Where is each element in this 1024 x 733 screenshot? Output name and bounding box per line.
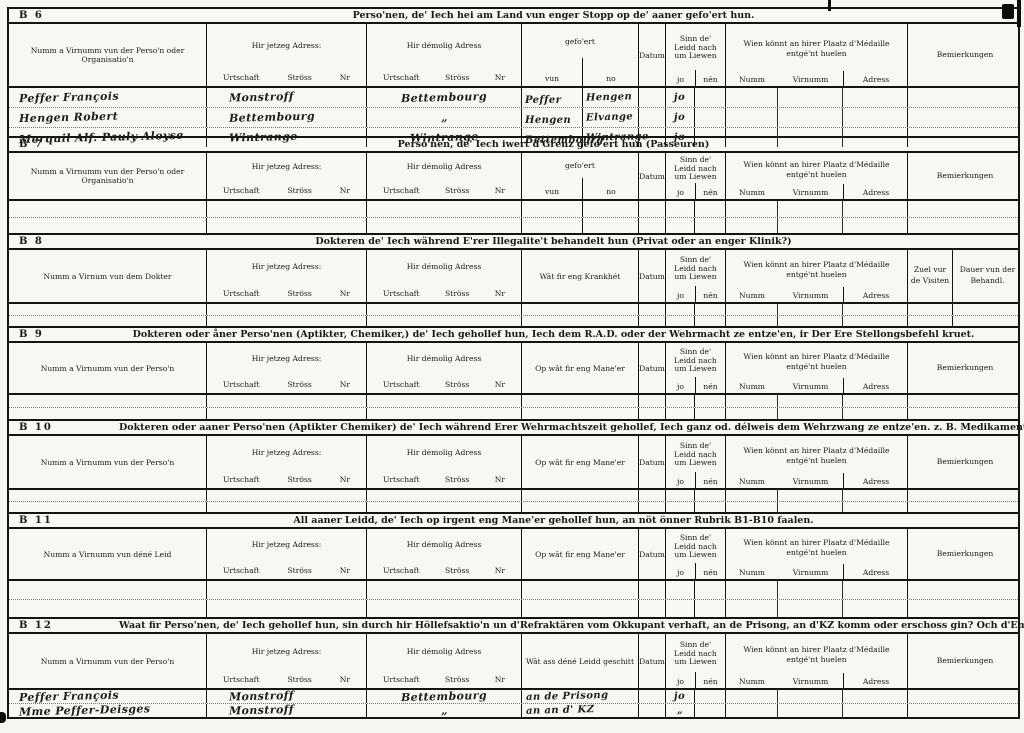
address-subheaders: Urtschaft Ströss Nr — [207, 466, 366, 488]
medal-surname-cell — [725, 316, 777, 327]
table-row — [9, 490, 1018, 502]
medal-label: Wien könnt an hirer Plaatz d'Médaille en… — [726, 153, 907, 184]
section-title: Dokteren oder åner Perso'nen (Aptikter, … — [119, 329, 1018, 340]
transport-cell: HengenElvange — [521, 108, 638, 127]
yes-cell: jo — [665, 108, 694, 127]
name-column-header: Numm a Virnumm vun der Perso'n oder Orga… — [9, 24, 206, 86]
transport-cell: PefferHengen — [521, 88, 638, 107]
number-label: Nr — [495, 475, 505, 484]
current-address-label: Hir jetzeg Adress: — [207, 153, 366, 177]
handwritten-entry: Bettembourg — [401, 91, 487, 104]
alive-label: Sinn de' Leidd nach um Liewen — [666, 436, 725, 472]
address-subheaders: Urtschaft Ströss Nr — [207, 64, 366, 86]
table-row — [9, 316, 1018, 327]
date-column-header: Datum — [638, 24, 665, 86]
street-label: Ströss — [445, 289, 469, 298]
to-cell — [582, 201, 639, 217]
handwritten-entry: „ — [440, 112, 447, 123]
medal-firstname-cell — [777, 316, 842, 327]
section-id: B 9 — [19, 329, 119, 340]
number-label: Nr — [495, 73, 505, 82]
address-subheaders: Urtschaft Ströss Nr — [207, 177, 366, 199]
remarks-label: Bemierkungen — [908, 153, 1022, 199]
section-id: B 10 — [19, 422, 119, 433]
current-address-cell: Bettembourg — [206, 108, 366, 127]
yes-cell: jo — [665, 88, 694, 107]
former-address-label: Hir démolig Adress — [367, 153, 521, 177]
col4-subheader: vun no — [522, 58, 638, 86]
name-cell: Peffer François — [9, 690, 206, 703]
medal-surname-cell — [725, 490, 777, 501]
medal-surname-cell — [725, 108, 777, 127]
medal-firstname-cell — [777, 218, 842, 234]
medal-label-line1: Wien könnt an hirer Plaatz d'Médaille — [743, 352, 889, 361]
surname-label: Numm — [726, 564, 778, 579]
alive-column-header: Sinn de' Leidd nach um Liewen jo nén — [665, 529, 725, 579]
number-label: Nr — [340, 566, 350, 575]
date-label: Datum — [639, 272, 665, 281]
medal-address-cell — [842, 108, 907, 127]
handwritten-entry: Hengen — [583, 92, 632, 103]
surname-label: Numm — [726, 287, 778, 302]
medal-label: Wien könnt an hirer Plaatz d'Médaille en… — [726, 436, 907, 473]
address-subheaders: Urtschaft Ströss Nr — [367, 371, 521, 393]
address-subheaders: Urtschaft Ströss Nr — [207, 280, 366, 302]
section-header-bar: B 9 Dokteren oder åner Perso'nen (Aptikt… — [9, 328, 1018, 343]
table-row: Peffer FrançoisMonstroffBettembourgPeffe… — [9, 88, 1018, 108]
current-address-label: Hir jetzeg Adress: — [207, 634, 366, 666]
no-label: nén — [695, 377, 725, 393]
number-label: Nr — [340, 475, 350, 484]
scan-artifact-blob — [1002, 4, 1014, 19]
medal-surname-cell — [725, 88, 777, 107]
transport-cell — [521, 201, 638, 217]
col4-column-header: Wât fir eng Krankhét — [521, 250, 638, 302]
locality-label: Urtschaft — [383, 475, 420, 484]
no-cell — [694, 88, 725, 107]
date-cell — [638, 690, 665, 703]
remarks-cell — [907, 218, 1022, 234]
medal-address-cell — [842, 316, 907, 327]
yes-label: jo — [666, 70, 695, 86]
scan-artifact-tick — [828, 0, 831, 11]
medal-column-header: Wien könnt an hirer Plaatz d'Médaille en… — [725, 529, 907, 579]
former-address-column-header: Hir démolig Adress Urtschaft Ströss Nr — [366, 529, 521, 579]
no-label: nén — [695, 183, 725, 199]
medal-subheaders: Numm Virnumm Adress — [726, 564, 907, 579]
medal-label-line2: entgé'nt huelen — [786, 655, 846, 664]
yes-no-subheader: jo nén — [666, 472, 725, 488]
current-address-column-header: Hir jetzeg Adress: Urtschaft Ströss Nr — [206, 250, 366, 302]
handwritten-entry: Wintrange — [207, 131, 298, 144]
remarks-cell — [907, 108, 1022, 127]
yes-label: jo — [666, 286, 695, 302]
medal-subheaders: Numm Virnumm Adress — [726, 473, 907, 488]
street-label: Ströss — [287, 475, 311, 484]
bemierkungen-header: Bemierkungen — [907, 153, 1022, 199]
current-address-column-header: Hir jetzeg Adress: Urtschaft Ströss Nr — [206, 634, 366, 688]
locality-label: Urtschaft — [383, 73, 420, 82]
address-label: Adress — [843, 184, 908, 199]
remarks-cell — [907, 502, 1022, 513]
current-address-cell — [206, 201, 366, 217]
alive-label: Sinn de' Leidd nach um Liewen — [666, 153, 725, 183]
rows — [9, 395, 1018, 419]
handwritten-entry: Wintrange — [410, 131, 479, 144]
name-cell: Peffer François — [9, 88, 206, 107]
street-label: Ströss — [445, 675, 469, 684]
handwritten-entry: „ — [677, 705, 683, 715]
medal-address-cell — [842, 600, 907, 618]
no-cell — [694, 704, 725, 717]
date-column-header: Datum — [638, 153, 665, 199]
locality-label: Urtschaft — [383, 566, 420, 575]
street-label: Ströss — [287, 186, 311, 195]
locality-label: Urtschaft — [383, 186, 420, 195]
address-subheaders: Urtschaft Ströss Nr — [207, 557, 366, 579]
table-row — [9, 304, 1018, 316]
col4-subheader: vun no — [522, 178, 638, 199]
remarks-cell — [907, 490, 1022, 501]
alive-column-header: Sinn de' Leidd nach um Liewen jo nén — [665, 153, 725, 199]
medal-surname-cell — [725, 502, 777, 513]
firstname-label: Virnumm — [778, 184, 843, 199]
medal-subheaders: Numm Virnumm Adress — [726, 378, 907, 393]
medal-subheaders: Numm Virnumm Adress — [726, 184, 907, 199]
current-address-label: Hir jetzeg Adress: — [207, 436, 366, 466]
name-column-header: Numm a Virnum vun dem Dokter — [9, 250, 206, 302]
date-label: Datum — [639, 172, 665, 181]
name-column-label: Numm a Virnumm vun der Perso'n — [41, 458, 175, 467]
alive-column-header: Sinn de' Leidd nach um Liewen jo nén — [665, 24, 725, 86]
former-address-label: Hir démolig Adress — [367, 634, 521, 666]
col4-sub-vun: vun — [522, 58, 582, 86]
medal-firstname-cell — [777, 304, 842, 315]
handwritten-entry: Elvange — [583, 112, 633, 123]
col4-column-header: Op wât fir eng Mane'er — [521, 529, 638, 579]
current-address-cell — [206, 408, 366, 420]
table-row: Hengen RobertBettembourg„HengenElvangejo — [9, 108, 1018, 128]
medal-address-cell — [842, 581, 907, 599]
medal-surname-cell — [725, 581, 777, 599]
number-label: Nr — [340, 380, 350, 389]
form-section: B 12 Waat fir Perso'nen, de' Iech geholl… — [7, 617, 1020, 719]
former-address-cell — [366, 408, 521, 420]
date-label: Datum — [639, 657, 665, 666]
medal-label: Wien könnt an hirer Plaatz d'Médaille en… — [726, 24, 907, 71]
firstname-label: Virnumm — [778, 673, 843, 688]
handwritten-entry: Wintrange — [583, 132, 649, 144]
date-cell — [638, 490, 665, 501]
name-cell — [9, 201, 206, 217]
name-cell — [9, 581, 206, 599]
col4-label: Op wât fir eng Mane'er — [522, 529, 638, 579]
col4-column-header: Wât ass déné Leidd geschitt — [521, 634, 638, 688]
column-header-band: Numm a Virnumm vun der Perso'n Hir jetze… — [9, 343, 1018, 395]
current-address-column-header: Hir jetzeg Adress: Urtschaft Ströss Nr — [206, 343, 366, 393]
date-label: Datum — [639, 550, 665, 559]
table-row — [9, 408, 1018, 420]
current-address-cell — [206, 581, 366, 599]
yes-cell — [665, 316, 694, 327]
yes-cell — [665, 218, 694, 234]
handwritten-entry: Bettembourg — [207, 111, 315, 125]
yes-cell — [665, 201, 694, 217]
alive-column-header: Sinn de' Leidd nach um Liewen jo nén — [665, 343, 725, 393]
manner-cell — [521, 316, 638, 327]
no-cell — [694, 108, 725, 127]
former-address-cell: „ — [366, 108, 521, 127]
remarks-label: Bemierkungen — [908, 634, 1022, 688]
remarks-cell — [907, 395, 1022, 407]
medal-firstname-cell — [777, 690, 842, 703]
alive-column-header: Sinn de' Leidd nach um Liewen jo nén — [665, 250, 725, 302]
locality-label: Urtschaft — [383, 289, 420, 298]
name-cell — [9, 395, 206, 407]
former-address-cell: „ — [366, 704, 521, 717]
address-subheaders: Urtschaft Ströss Nr — [367, 557, 521, 579]
locality-label: Urtschaft — [383, 380, 420, 389]
remarks-cell — [907, 690, 1022, 703]
medal-label-line2: entgé'nt huelen — [786, 49, 846, 58]
medal-label-line1: Wien könnt an hirer Plaatz d'Médaille — [743, 645, 889, 654]
alive-label-line3: um Liewen — [674, 173, 716, 182]
handwritten-entry: Peffer François — [9, 690, 119, 704]
medal-label: Wien könnt an hirer Plaatz d'Médaille en… — [726, 529, 907, 564]
column-header-band: Numm a Virnumm vun der Perso'n Hir jetze… — [9, 436, 1018, 490]
surname-label: Numm — [726, 673, 778, 688]
date-cell — [638, 581, 665, 599]
street-label: Ströss — [287, 675, 311, 684]
locality-label: Urtschaft — [223, 475, 260, 484]
yes-cell: „ — [665, 704, 694, 717]
medal-label-line1: Wien könnt an hirer Plaatz d'Médaille — [743, 39, 889, 48]
alive-label-line3: um Liewen — [674, 52, 716, 61]
visits-count-cell — [907, 316, 952, 327]
name-cell: Mme Peffer-Deisges — [9, 704, 206, 717]
firstname-label: Virnumm — [778, 71, 843, 86]
name-cell — [9, 490, 206, 501]
name-column-header: Numm a Virnumm vun der Perso'n — [9, 634, 206, 688]
current-address-cell: Monstroff — [206, 704, 366, 717]
locality-label: Urtschaft — [223, 289, 260, 298]
handwritten-entry: Monstroff — [207, 91, 294, 104]
number-label: Nr — [495, 675, 505, 684]
name-cell — [9, 600, 206, 618]
from-cell: Hengen — [522, 108, 582, 127]
section-header-bar: B 12 Waat fir Perso'nen, de' Iech geholl… — [9, 619, 1018, 634]
manner-cell: an de Prisong — [521, 690, 638, 703]
address-subheaders: Urtschaft Ströss Nr — [207, 666, 366, 688]
rows — [9, 201, 1018, 233]
number-label: Nr — [340, 73, 350, 82]
handwritten-entry: an an d' KZ — [522, 705, 595, 717]
col4-sub-no: no — [582, 178, 639, 199]
alive-label: Sinn de' Leidd nach um Liewen — [666, 24, 725, 70]
surname-label: Numm — [726, 184, 778, 199]
date-label: Datum — [639, 51, 665, 60]
alive-label-line3: um Liewen — [674, 658, 716, 667]
medal-firstname-cell — [777, 490, 842, 501]
yes-no-subheader: jo nén — [666, 672, 725, 688]
bemierkungen-header: Bemierkungen — [907, 634, 1022, 688]
handwritten-entry: Hengen Robert — [9, 111, 118, 125]
rows — [9, 581, 1018, 617]
name-column-header: Numm a Virnumm vun der Perso'n — [9, 343, 206, 393]
yes-no-subheader: jo nén — [666, 377, 725, 393]
no-label: nén — [695, 70, 725, 86]
former-address-column-header: Hir démolig Adress Urtschaft Ströss Nr — [366, 436, 521, 488]
yes-cell — [665, 395, 694, 407]
medal-address-cell — [842, 704, 907, 717]
yes-cell — [665, 581, 694, 599]
street-label: Ströss — [287, 289, 311, 298]
medal-column-header: Wien könnt an hirer Plaatz d'Médaille en… — [725, 343, 907, 393]
table-row — [9, 395, 1018, 408]
former-address-label: Hir démolig Adress — [367, 436, 521, 466]
current-address-cell — [206, 218, 366, 234]
col4-sub-vun: vun — [522, 178, 582, 199]
firstname-label: Virnumm — [778, 473, 843, 488]
yes-no-subheader: jo nén — [666, 70, 725, 86]
current-address-cell: Monstroff — [206, 88, 366, 107]
medal-label-line2: entgé'nt huelen — [786, 456, 846, 465]
manner-cell — [521, 502, 638, 513]
medal-subheaders: Numm Virnumm Adress — [726, 287, 907, 302]
visits-count-cell — [907, 304, 952, 315]
surname-label: Numm — [726, 378, 778, 393]
section-title: Perso'nen, de' Iech hei am Land vun enge… — [119, 10, 1018, 21]
medal-label-line1: Wien könnt an hirer Plaatz d'Médaille — [743, 446, 889, 455]
remarks-cell — [907, 600, 1022, 618]
yes-label: jo — [666, 377, 695, 393]
no-label: nén — [695, 672, 725, 688]
medal-address-cell — [842, 88, 907, 107]
alive-label-line3: um Liewen — [674, 459, 716, 468]
col4-column-header: Op wât fir eng Mane'er — [521, 436, 638, 488]
address-label: Adress — [843, 71, 908, 86]
scan-artifact-edge-mark — [1017, 0, 1021, 27]
name-cell — [9, 304, 206, 315]
address-subheaders: Urtschaft Ströss Nr — [367, 466, 521, 488]
name-cell: Hengen Robert — [9, 108, 206, 127]
no-cell — [694, 690, 725, 703]
form-section: B 6 Perso'nen, de' Iech hei am Land vun … — [7, 7, 1020, 138]
handwritten-entry: Mme Peffer-Deisges — [9, 703, 151, 718]
to-cell: Elvange — [582, 108, 639, 127]
name-cell — [9, 316, 206, 327]
locality-label: Urtschaft — [223, 566, 260, 575]
former-address-cell — [366, 395, 521, 407]
remarks-cell — [907, 201, 1022, 217]
yes-label: jo — [666, 183, 695, 199]
handwritten-entry: Monstroff — [207, 690, 294, 703]
remarks-cell — [907, 581, 1022, 599]
surname-label: Numm — [726, 71, 778, 86]
address-subheaders: Urtschaft Ströss Nr — [367, 177, 521, 199]
medal-firstname-cell — [777, 201, 842, 217]
medal-surname-cell — [725, 201, 777, 217]
date-label: Datum — [639, 364, 665, 373]
table-row — [9, 201, 1018, 218]
street-label: Ströss — [445, 73, 469, 82]
locality-label: Urtschaft — [383, 675, 420, 684]
name-column-header: Numm a Virnumm vun der Perso'n — [9, 436, 206, 488]
number-label: Nr — [495, 186, 505, 195]
handwritten-entry: jo — [674, 112, 685, 122]
table-row — [9, 600, 1018, 618]
no-cell — [694, 218, 725, 234]
medal-firstname-cell — [777, 502, 842, 513]
medal-label-line1: Wien könnt an hirer Plaatz d'Médaille — [743, 260, 889, 269]
manner-cell — [521, 304, 638, 315]
col4-column-header: gefo'ert vun no — [521, 153, 638, 199]
medal-column-header: Wien könnt an hirer Plaatz d'Médaille en… — [725, 634, 907, 688]
to-cell — [582, 218, 639, 234]
locality-label: Urtschaft — [223, 186, 260, 195]
date-cell — [638, 395, 665, 407]
number-label: Nr — [495, 566, 505, 575]
street-label: Ströss — [287, 566, 311, 575]
name-cell — [9, 408, 206, 420]
former-address-label: Hir démolig Adress — [367, 24, 521, 64]
former-address-label: Hir démolig Adress — [367, 343, 521, 371]
medal-surname-cell — [725, 395, 777, 407]
medal-column-header: Wien könnt an hirer Plaatz d'Médaille en… — [725, 24, 907, 86]
table-row — [9, 581, 1018, 600]
firstname-label: Virnumm — [778, 564, 843, 579]
medal-label-line2: entgé'nt huelen — [786, 270, 846, 279]
former-address-column-header: Hir démolig Adress Urtschaft Ströss Nr — [366, 250, 521, 302]
section-header-bar: B 8 Dokteren de' Iech während E'rer Ille… — [9, 235, 1018, 250]
current-address-cell — [206, 395, 366, 407]
medal-firstname-cell — [777, 600, 842, 618]
former-address-label: Hir démolig Adress — [367, 529, 521, 557]
no-cell — [694, 201, 725, 217]
manner-cell: an an d' KZ — [521, 704, 638, 717]
name-column-label: Numm a Virnumm vun déné Leid — [44, 550, 172, 559]
medal-surname-cell — [725, 408, 777, 420]
bemierkungen-header: Bemierkungen — [907, 24, 1022, 86]
rows — [9, 304, 1018, 326]
yes-cell — [665, 502, 694, 513]
address-subheaders: Urtschaft Ströss Nr — [367, 64, 521, 86]
former-address-column-header: Hir démolig Adress Urtschaft Ströss Nr — [366, 24, 521, 86]
yes-cell — [665, 490, 694, 501]
medal-label: Wien könnt an hirer Plaatz d'Médaille en… — [726, 343, 907, 378]
current-address-label: Hir jetzeg Adress: — [207, 250, 366, 280]
handwritten-entry: jo — [674, 132, 685, 142]
number-label: Nr — [340, 186, 350, 195]
medal-address-cell — [842, 502, 907, 513]
locality-label: Urtschaft — [223, 380, 260, 389]
former-address-cell — [366, 316, 521, 327]
form-section: B 9 Dokteren oder åner Perso'nen (Aptikt… — [7, 326, 1020, 421]
current-address-cell — [206, 316, 366, 327]
former-address-cell — [366, 600, 521, 618]
handwritten-entry: jo — [674, 92, 685, 102]
date-column-header: Datum — [638, 436, 665, 488]
medal-firstname-cell — [777, 581, 842, 599]
date-cell — [638, 201, 665, 217]
locality-label: Urtschaft — [223, 675, 260, 684]
current-address-label: Hir jetzeg Adress: — [207, 529, 366, 557]
handwritten-entry: Peffer — [522, 95, 561, 106]
section-header-bar: B 10 Dokteren oder aaner Perso'nen (Apti… — [9, 421, 1018, 436]
no-label: nén — [695, 563, 725, 579]
no-cell — [694, 304, 725, 315]
alive-label-line3: um Liewen — [674, 551, 716, 560]
